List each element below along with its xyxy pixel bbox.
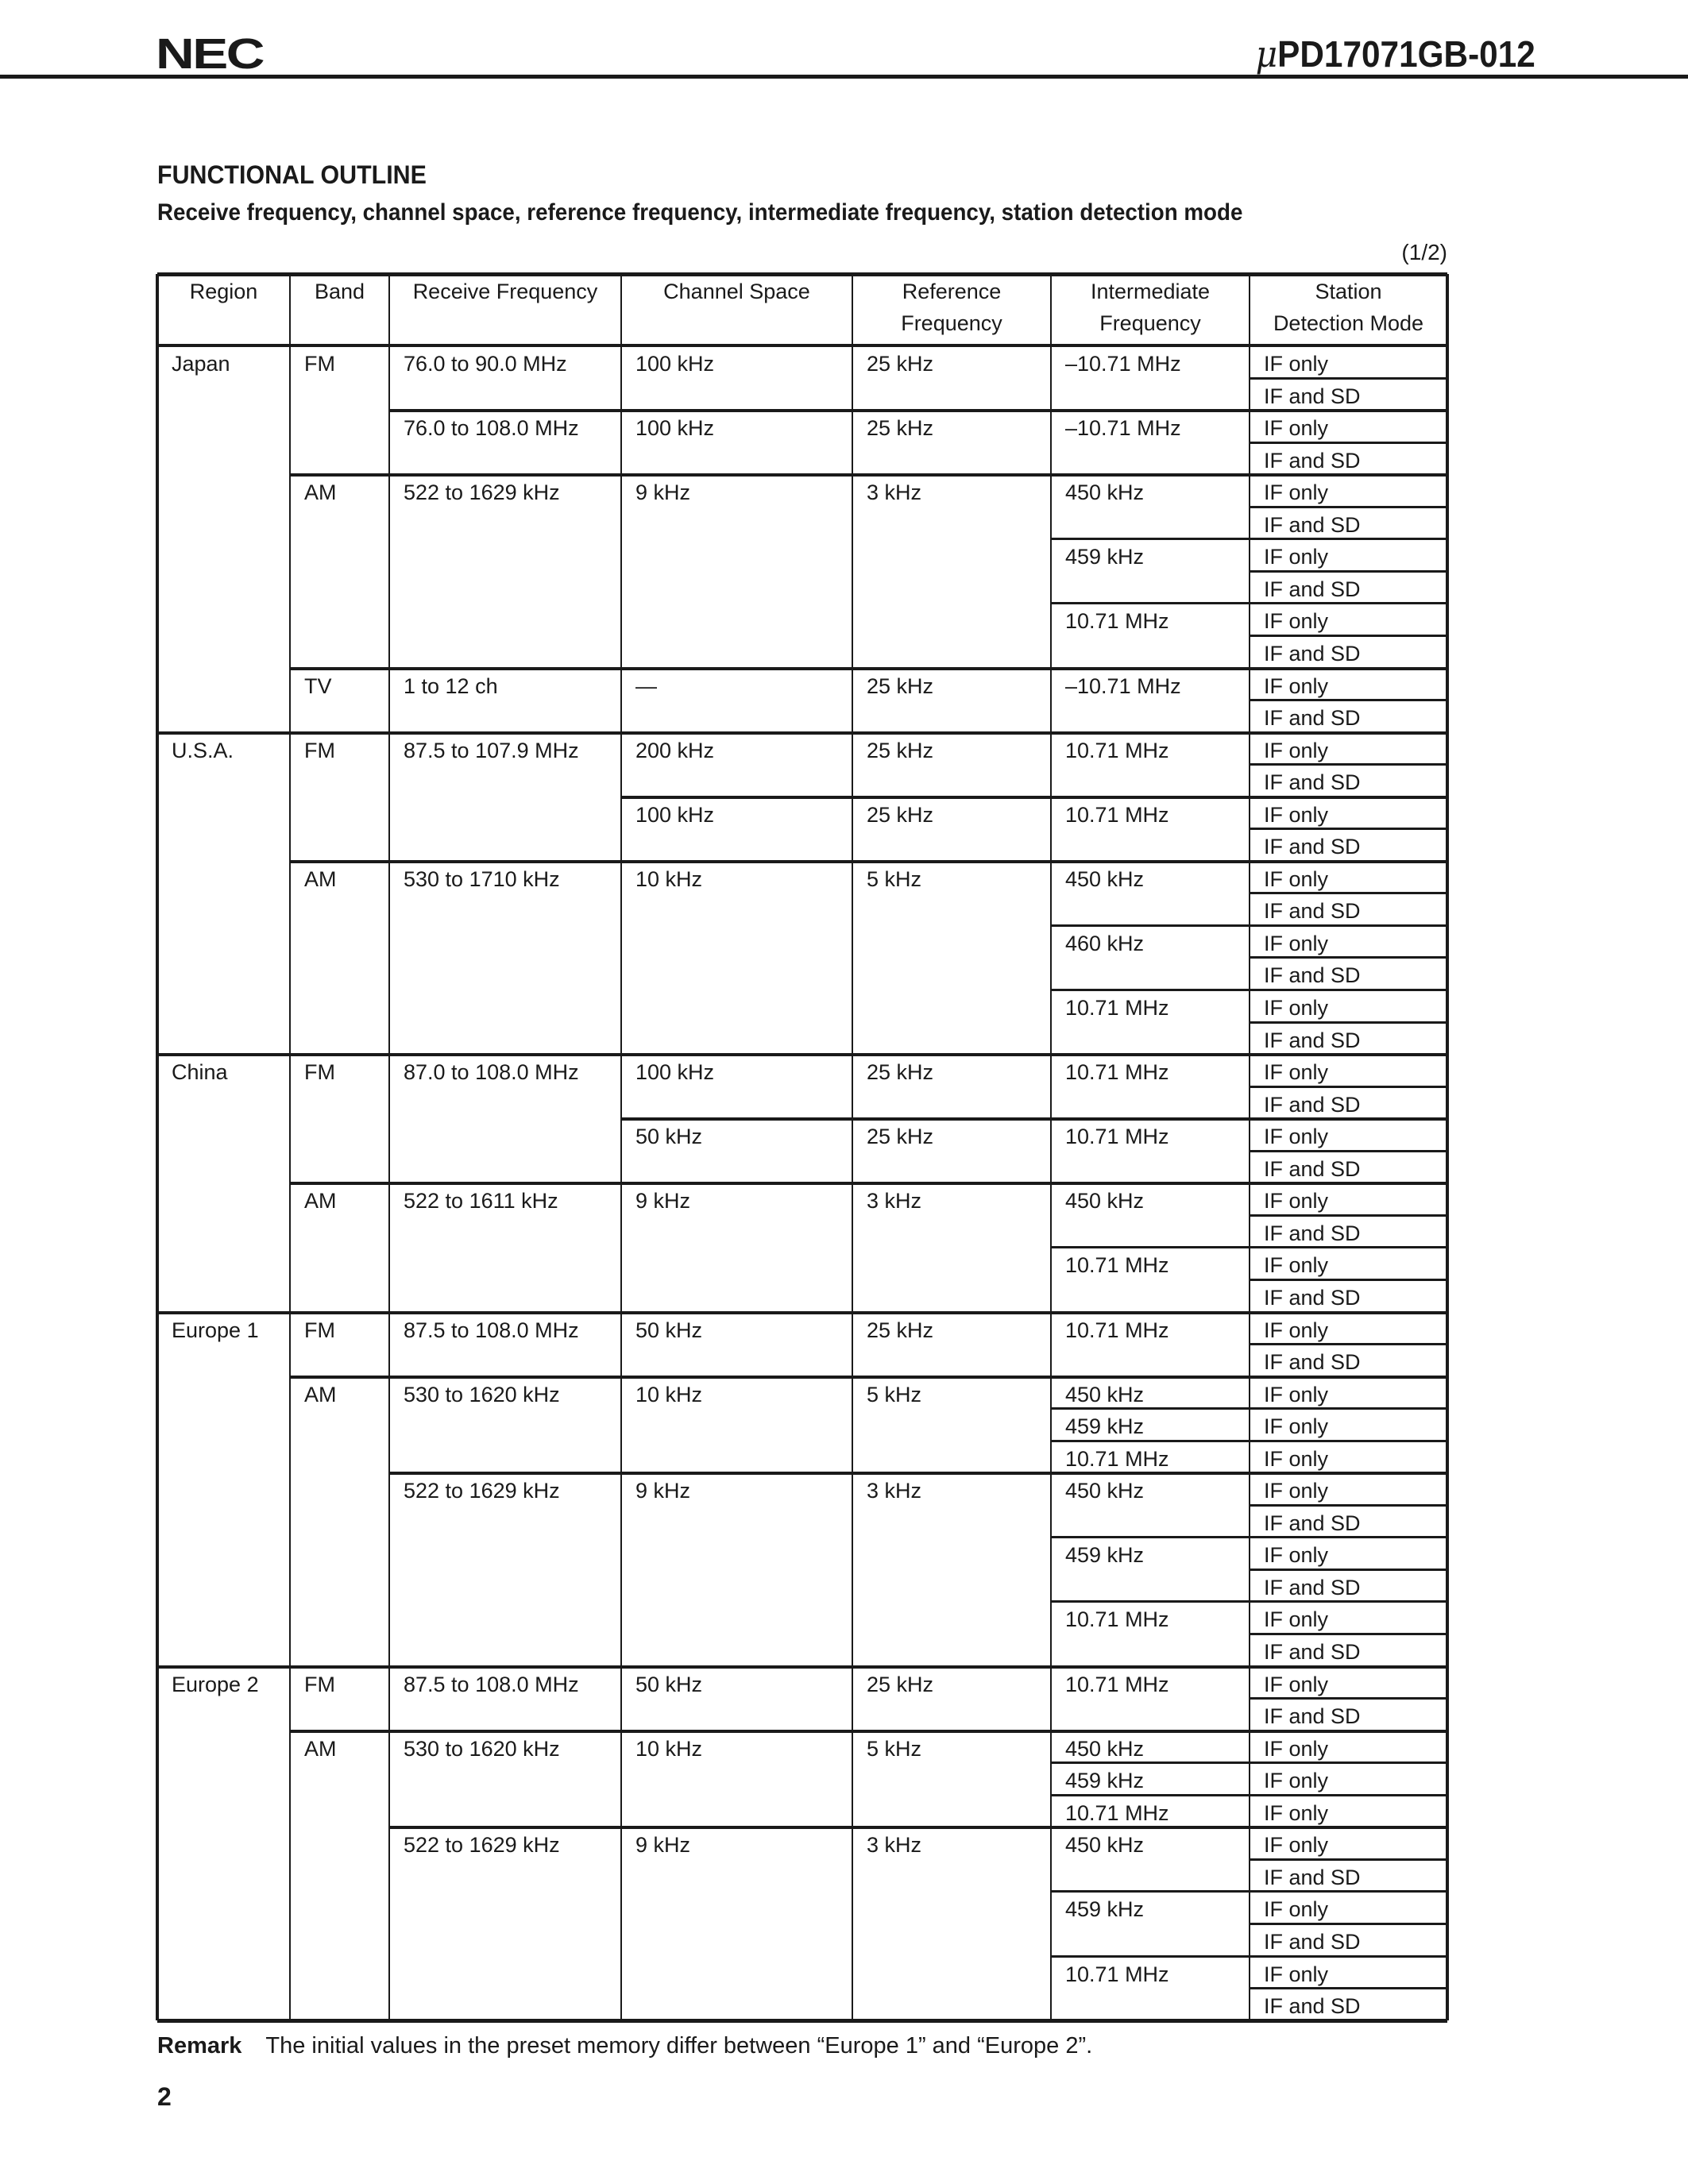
intermediate-frequency-cell: 10.71 MHz	[1051, 1666, 1250, 1731]
intermediate-frequency-cell: –10.71 MHz	[1051, 345, 1250, 410]
detection-mode-cell: IF only	[1250, 603, 1447, 635]
detection-mode-cell: IF and SD	[1250, 1215, 1447, 1248]
reference-frequency-cell: 5 kHz	[852, 1731, 1051, 1827]
column-divider	[620, 274, 622, 2020]
reference-frequency-cell: 3 kHz	[852, 474, 1051, 667]
band-cell: AM	[290, 474, 389, 667]
detection-mode-cell: IF only	[1250, 1601, 1447, 1634]
band-cell: AM	[290, 861, 389, 1054]
detection-mode-cell: IF only	[1250, 474, 1447, 507]
column-header: StationDetection Mode	[1250, 274, 1447, 345]
detection-mode-cell: IF and SD	[1250, 764, 1447, 797]
receive-frequency-cell: 522 to 1629 kHz	[389, 1472, 621, 1665]
detection-mode-cell: IF and SD	[1250, 1022, 1447, 1055]
column-header: Region	[157, 274, 290, 345]
channel-space-cell: 10 kHz	[621, 861, 852, 1054]
intermediate-frequency-cell: 450 kHz	[1051, 1472, 1250, 1537]
channel-space-cell: 50 kHz	[621, 1666, 852, 1731]
column-header-line: Frequency	[1051, 307, 1250, 339]
detection-mode-cell: IF only	[1250, 797, 1447, 829]
receive-frequency-cell: 530 to 1710 kHz	[389, 861, 621, 1054]
channel-space-cell: 100 kHz	[621, 410, 852, 474]
channel-space-cell: 10 kHz	[621, 1731, 852, 1827]
band-cell: AM	[290, 1731, 389, 2020]
receive-frequency-cell: 87.5 to 108.0 MHz	[389, 1312, 621, 1376]
intermediate-frequency-cell: 450 kHz	[1051, 1827, 1250, 1891]
detection-mode-cell: IF only	[1250, 1247, 1447, 1279]
column-divider	[156, 274, 159, 2020]
detection-mode-cell: IF only	[1250, 1731, 1447, 1763]
reference-frequency-cell: 25 kHz	[852, 1118, 1051, 1183]
band-cell: FM	[290, 1054, 389, 1183]
table-page-indicator: (1/2)	[1401, 238, 1447, 267]
region-cell: China	[157, 1054, 290, 1311]
header-rule	[0, 75, 1688, 79]
band-cell: AM	[290, 1183, 389, 1311]
functional-outline-table: RegionBandReceive FrequencyChannel Space…	[157, 274, 1447, 2020]
column-header-line: Detection Mode	[1250, 307, 1447, 339]
reference-frequency-cell: 25 kHz	[852, 732, 1051, 797]
remark: RemarkThe initial values in the preset m…	[157, 2030, 1092, 2062]
reference-frequency-cell: 3 kHz	[852, 1183, 1051, 1311]
region-cell: Europe 1	[157, 1312, 290, 1666]
detection-mode-cell: IF and SD	[1250, 1279, 1447, 1312]
receive-frequency-cell: 522 to 1611 kHz	[389, 1183, 621, 1311]
column-header-line: Reference	[852, 276, 1051, 307]
remark-label: Remark	[157, 2033, 241, 2059]
detection-mode-cell: IF only	[1250, 1376, 1447, 1409]
detection-mode-cell: IF and SD	[1250, 957, 1447, 990]
detection-mode-cell: IF and SD	[1250, 1859, 1447, 1892]
column-header: IntermediateFrequency	[1051, 274, 1250, 345]
receive-frequency-cell: 87.5 to 107.9 MHz	[389, 732, 621, 861]
detection-mode-cell: IF only	[1250, 538, 1447, 571]
band-cell: FM	[290, 1666, 389, 1731]
detection-mode-cell: IF and SD	[1250, 442, 1447, 475]
page-number: 2	[157, 2081, 172, 2113]
column-header-line: Station	[1250, 276, 1447, 307]
region-cell: Japan	[157, 345, 290, 732]
column-header: Band	[290, 274, 389, 345]
receive-frequency-cell: 522 to 1629 kHz	[389, 474, 621, 667]
channel-space-cell: 200 kHz	[621, 732, 852, 797]
detection-mode-cell: IF and SD	[1250, 1344, 1447, 1376]
intermediate-frequency-cell: 459 kHz	[1051, 538, 1250, 603]
detection-mode-cell: IF only	[1250, 1183, 1447, 1215]
receive-frequency-cell: 87.5 to 108.0 MHz	[389, 1666, 621, 1731]
detection-mode-cell: IF only	[1250, 861, 1447, 893]
receive-frequency-cell: 522 to 1629 kHz	[389, 1827, 621, 2020]
intermediate-frequency-cell: –10.71 MHz	[1051, 668, 1250, 732]
table-top-border	[157, 272, 1447, 276]
channel-space-cell: 50 kHz	[621, 1118, 852, 1183]
channel-space-cell: 9 kHz	[621, 1827, 852, 2020]
column-divider	[852, 274, 853, 2020]
channel-space-cell: 9 kHz	[621, 1183, 852, 1311]
band-cell: AM	[290, 1376, 389, 1666]
detection-mode-cell: IF and SD	[1250, 1505, 1447, 1538]
part-number-text: PD17071GB-012	[1277, 33, 1535, 75]
column-header-line: Channel Space	[621, 276, 852, 307]
intermediate-frequency-cell: 450 kHz	[1051, 1376, 1250, 1409]
column-divider	[388, 274, 390, 2020]
channel-space-cell: 50 kHz	[621, 1312, 852, 1376]
intermediate-frequency-cell: 450 kHz	[1051, 1183, 1250, 1247]
receive-frequency-cell: 1 to 12 ch	[389, 668, 621, 732]
remark-text: The initial values in the preset memory …	[265, 2033, 1092, 2059]
channel-space-cell: 9 kHz	[621, 474, 852, 667]
detection-mode-cell: IF only	[1250, 1666, 1447, 1699]
channel-space-cell: 100 kHz	[621, 1054, 852, 1118]
nec-logo: NEC	[156, 32, 263, 76]
band-cell: FM	[290, 345, 389, 474]
receive-frequency-cell: 530 to 1620 kHz	[389, 1731, 621, 1827]
intermediate-frequency-cell: 450 kHz	[1051, 474, 1250, 538]
detection-mode-cell: IF only	[1250, 1472, 1447, 1505]
detection-mode-cell: IF and SD	[1250, 700, 1447, 732]
intermediate-frequency-cell: 450 kHz	[1051, 861, 1250, 925]
intermediate-frequency-cell: 10.71 MHz	[1051, 1312, 1250, 1376]
reference-frequency-cell: 25 kHz	[852, 1054, 1051, 1118]
detection-mode-cell: IF only	[1250, 1891, 1447, 1924]
intermediate-frequency-cell: 450 kHz	[1051, 1731, 1250, 1763]
reference-frequency-cell: 25 kHz	[852, 668, 1051, 732]
intermediate-frequency-cell: 10.71 MHz	[1051, 990, 1250, 1054]
detection-mode-cell: IF and SD	[1250, 1634, 1447, 1666]
detection-mode-cell: IF and SD	[1250, 1151, 1447, 1183]
reference-frequency-cell: 3 kHz	[852, 1472, 1051, 1665]
detection-mode-cell: IF and SD	[1250, 507, 1447, 539]
column-header-line: Intermediate	[1051, 276, 1250, 307]
detection-mode-cell: IF only	[1250, 345, 1447, 378]
detection-mode-cell: IF only	[1250, 1312, 1447, 1345]
receive-frequency-cell: 76.0 to 90.0 MHz	[389, 345, 621, 410]
detection-mode-cell: IF and SD	[1250, 893, 1447, 925]
detection-mode-cell: IF and SD	[1250, 828, 1447, 861]
column-header-line: Frequency	[852, 307, 1051, 339]
column-divider	[1446, 274, 1449, 2020]
detection-mode-cell: IF and SD	[1250, 1086, 1447, 1119]
intermediate-frequency-cell: 459 kHz	[1051, 1891, 1250, 1955]
detection-mode-cell: IF only	[1250, 1118, 1447, 1151]
section-title: FUNCTIONAL OUTLINE	[157, 159, 427, 191]
detection-mode-cell: IF only	[1250, 1441, 1447, 1473]
band-cell: FM	[290, 732, 389, 861]
column-header: Channel Space	[621, 274, 852, 345]
intermediate-frequency-cell: 10.71 MHz	[1051, 1956, 1250, 2020]
column-divider	[1249, 274, 1250, 2020]
detection-mode-cell: IF and SD	[1250, 571, 1447, 604]
detection-mode-cell: IF only	[1250, 1795, 1447, 1827]
detection-mode-cell: IF and SD	[1250, 635, 1447, 668]
reference-frequency-cell: 25 kHz	[852, 1312, 1051, 1376]
intermediate-frequency-cell: 10.71 MHz	[1051, 603, 1250, 667]
band-cell: FM	[290, 1312, 389, 1376]
region-cell: Europe 2	[157, 1666, 290, 2020]
section-subtitle: Receive frequency, channel space, refere…	[157, 197, 1242, 229]
detection-mode-cell: IF and SD	[1250, 1698, 1447, 1731]
detection-mode-cell: IF only	[1250, 1827, 1447, 1859]
column-header: ReferenceFrequency	[852, 274, 1051, 345]
column-header: Receive Frequency	[389, 274, 621, 345]
detection-mode-cell: IF only	[1250, 925, 1447, 958]
intermediate-frequency-cell: 10.71 MHz	[1051, 1247, 1250, 1311]
column-header-line: Region	[157, 276, 290, 307]
table-bottom-border	[157, 2019, 1447, 2023]
detection-mode-cell: IF only	[1250, 732, 1447, 765]
detection-mode-cell: IF only	[1250, 410, 1447, 442]
reference-frequency-cell: 25 kHz	[852, 1666, 1051, 1731]
reference-frequency-cell: 5 kHz	[852, 861, 1051, 1054]
reference-frequency-cell: 5 kHz	[852, 1376, 1051, 1473]
intermediate-frequency-cell: 10.71 MHz	[1051, 732, 1250, 797]
detection-mode-cell: IF only	[1250, 1408, 1447, 1441]
column-divider	[1050, 274, 1052, 2020]
channel-space-cell: 100 kHz	[621, 797, 852, 861]
part-number: μPD17071GB-012	[1256, 32, 1535, 76]
header-bottom-border	[157, 344, 1447, 347]
intermediate-frequency-cell: 459 kHz	[1051, 1408, 1250, 1441]
receive-frequency-cell: 76.0 to 108.0 MHz	[389, 410, 621, 474]
channel-space-cell: —	[621, 668, 852, 732]
detection-mode-cell: IF only	[1250, 990, 1447, 1022]
detection-mode-cell: IF only	[1250, 1762, 1447, 1795]
intermediate-frequency-cell: 10.71 MHz	[1051, 1054, 1250, 1118]
detection-mode-cell: IF and SD	[1250, 1569, 1447, 1602]
micro-prefix: μ	[1256, 33, 1278, 75]
intermediate-frequency-cell: 10.71 MHz	[1051, 1441, 1250, 1473]
band-cell: TV	[290, 668, 389, 732]
intermediate-frequency-cell: 10.71 MHz	[1051, 1118, 1250, 1183]
detection-mode-cell: IF only	[1250, 1054, 1447, 1086]
intermediate-frequency-cell: 459 kHz	[1051, 1537, 1250, 1601]
detection-mode-cell: IF and SD	[1250, 1988, 1447, 2020]
intermediate-frequency-cell: 460 kHz	[1051, 925, 1250, 990]
receive-frequency-cell: 87.0 to 108.0 MHz	[389, 1054, 621, 1183]
intermediate-frequency-cell: –10.71 MHz	[1051, 410, 1250, 474]
column-divider	[289, 274, 291, 2020]
column-header-line: Band	[290, 276, 389, 307]
reference-frequency-cell: 25 kHz	[852, 797, 1051, 861]
detection-mode-cell: IF and SD	[1250, 1924, 1447, 1956]
reference-frequency-cell: 25 kHz	[852, 345, 1051, 410]
channel-space-cell: 9 kHz	[621, 1472, 852, 1665]
region-cell: U.S.A.	[157, 732, 290, 1055]
intermediate-frequency-cell: 10.71 MHz	[1051, 1601, 1250, 1665]
intermediate-frequency-cell: 10.71 MHz	[1051, 1795, 1250, 1827]
reference-frequency-cell: 25 kHz	[852, 410, 1051, 474]
receive-frequency-cell: 530 to 1620 kHz	[389, 1376, 621, 1473]
reference-frequency-cell: 3 kHz	[852, 1827, 1051, 2020]
detection-mode-cell: IF only	[1250, 1956, 1447, 1989]
channel-space-cell: 100 kHz	[621, 345, 852, 410]
column-header-line: Receive Frequency	[389, 276, 621, 307]
detection-mode-cell: IF and SD	[1250, 378, 1447, 411]
channel-space-cell: 10 kHz	[621, 1376, 852, 1473]
detection-mode-cell: IF only	[1250, 668, 1447, 700]
intermediate-frequency-cell: 459 kHz	[1051, 1762, 1250, 1795]
detection-mode-cell: IF only	[1250, 1537, 1447, 1569]
intermediate-frequency-cell: 10.71 MHz	[1051, 797, 1250, 861]
